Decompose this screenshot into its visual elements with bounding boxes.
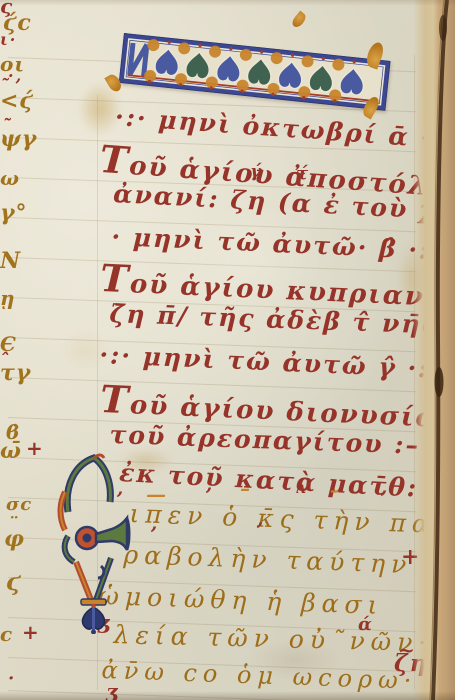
page-edge-binding	[413, 0, 455, 700]
ink-specks-layer	[0, 0, 455, 700]
bottom-shadow	[0, 691, 455, 700]
binding-crease-graphic	[413, 0, 455, 700]
manuscript-page-photo: ·:· μηνὶ ὀκτωβρί ᾱ ·:Τοῦ ἁγίου ἀποστόλου…	[0, 0, 455, 700]
top-shadow	[0, 0, 455, 6]
